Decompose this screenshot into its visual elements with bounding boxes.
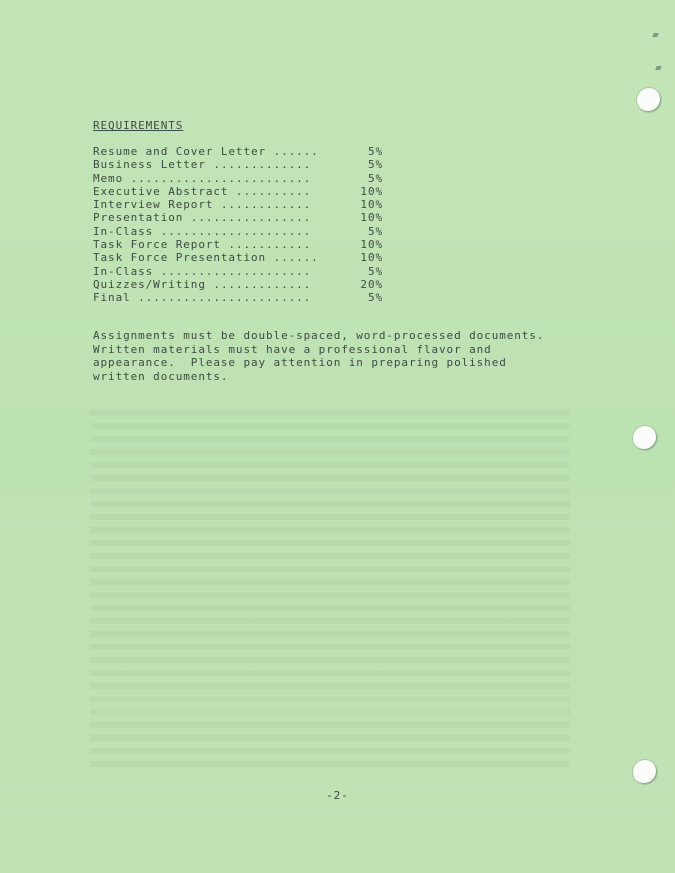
dot-leader: ........................: [123, 172, 311, 185]
requirement-item: Interview Report: [93, 198, 213, 211]
requirement-row: Interview Report ............10%: [93, 198, 383, 211]
requirement-weight: 5%: [355, 172, 383, 185]
dot-leader: ............: [213, 198, 311, 211]
document-page: REQUIREMENTS Resume and Cover Letter ...…: [0, 0, 675, 873]
dot-leader: ....................: [153, 265, 311, 278]
requirement-item: Executive Abstract: [93, 185, 228, 198]
bleed-through-text: [90, 410, 570, 770]
requirement-item: Presentation: [93, 211, 183, 224]
requirement-row: Memo ........................5%: [93, 172, 383, 185]
requirement-weight: 5%: [355, 158, 383, 171]
assignment-note: Assignments must be double-spaced, word-…: [93, 329, 583, 383]
requirement-weight: 10%: [355, 211, 383, 224]
requirement-weight: 5%: [355, 145, 383, 158]
requirement-weight: 10%: [355, 185, 383, 198]
requirement-weight: 10%: [355, 238, 383, 251]
requirement-item: Task Force Report: [93, 238, 221, 251]
paper-mark: [655, 66, 661, 70]
punch-hole-top: [637, 88, 661, 112]
requirement-row: Presentation ................10%: [93, 211, 383, 224]
requirement-weight: 10%: [355, 198, 383, 211]
punch-hole-middle: [633, 426, 657, 450]
dot-leader: .......................: [131, 291, 312, 304]
requirement-item: Quizzes/Writing: [93, 278, 206, 291]
requirement-weight: 20%: [355, 278, 383, 291]
dot-leader: ..........: [228, 185, 311, 198]
dot-leader: ......: [266, 251, 319, 264]
requirement-row: Task Force Report ...........10%: [93, 238, 383, 251]
requirement-item: Business Letter: [93, 158, 206, 171]
requirement-item: Resume and Cover Letter: [93, 145, 266, 158]
requirement-item: Task Force Presentation: [93, 251, 266, 264]
dot-leader: .............: [206, 278, 311, 291]
requirement-weight: 5%: [355, 225, 383, 238]
requirement-weight: 5%: [355, 265, 383, 278]
requirement-item: In-Class: [93, 225, 153, 238]
dot-leader: ................: [183, 211, 311, 224]
requirements-list: Resume and Cover Letter ......5%Business…: [93, 145, 383, 305]
requirement-row: Executive Abstract ..........10%: [93, 185, 383, 198]
page-number: -2-: [0, 789, 675, 802]
requirement-row: In-Class ....................5%: [93, 225, 383, 238]
paper-mark: [652, 33, 658, 37]
requirement-weight: 10%: [355, 251, 383, 264]
punch-hole-bottom: [633, 760, 657, 784]
dot-leader: ...........: [221, 238, 311, 251]
dot-leader: .............: [206, 158, 311, 171]
requirement-row: Quizzes/Writing .............20%: [93, 278, 383, 291]
requirement-item: Final: [93, 291, 131, 304]
requirements-heading: REQUIREMENTS: [93, 119, 183, 132]
dot-leader: ......: [266, 145, 319, 158]
requirement-item: Memo: [93, 172, 123, 185]
requirement-row: Final .......................5%: [93, 291, 383, 304]
requirement-row: Task Force Presentation ......10%: [93, 251, 383, 264]
dot-leader: ....................: [153, 225, 311, 238]
requirement-row: Business Letter .............5%: [93, 158, 383, 171]
requirement-row: Resume and Cover Letter ......5%: [93, 145, 383, 158]
requirement-item: In-Class: [93, 265, 153, 278]
requirement-row: In-Class ....................5%: [93, 265, 383, 278]
requirement-weight: 5%: [355, 291, 383, 304]
